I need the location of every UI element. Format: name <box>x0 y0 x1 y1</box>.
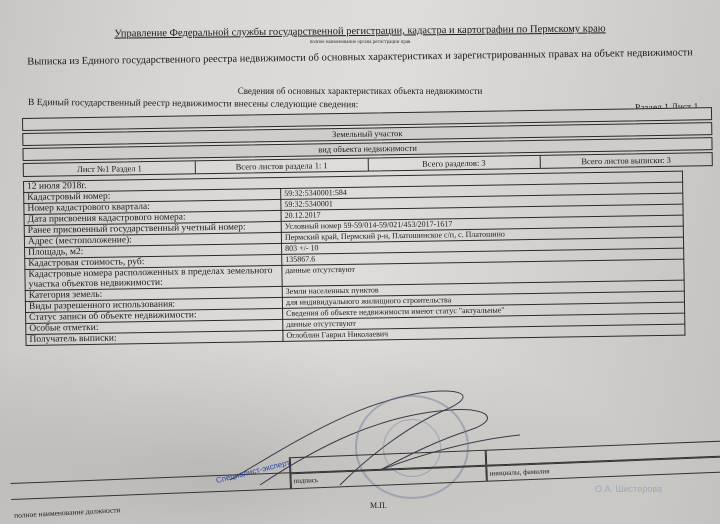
agency-name: Управление Федеральной службы государств… <box>0 22 720 41</box>
sheet-info-cell: Лист №1 Раздел 1 <box>24 161 196 176</box>
document-page: Управление Федеральной службы государств… <box>0 0 720 524</box>
sheet-info-cell: Всего разделов: 3 <box>368 156 540 171</box>
sheet-info-cell: Всего листов выписки: 3 <box>540 153 711 168</box>
fields-table: 12 июля 2018г. Кадастровый номер:59:32:5… <box>23 171 686 346</box>
sheet-info-cell: Всего листов раздела 1: 1 <box>196 159 368 174</box>
extract-table: Земельный участок вид объекта недвижимос… <box>22 107 715 346</box>
seal-caption: М.П. <box>370 501 387 510</box>
agency-caption: полное наименование органа регистрации п… <box>0 40 720 45</box>
official-name: О.А. Шистерова <box>595 484 662 494</box>
intro-text: В Единый государственный реестр недвижим… <box>28 98 358 110</box>
section-title: Сведения об основных характеристиках объ… <box>0 86 720 96</box>
document-title: Выписка из Единого государственного реес… <box>0 47 720 68</box>
